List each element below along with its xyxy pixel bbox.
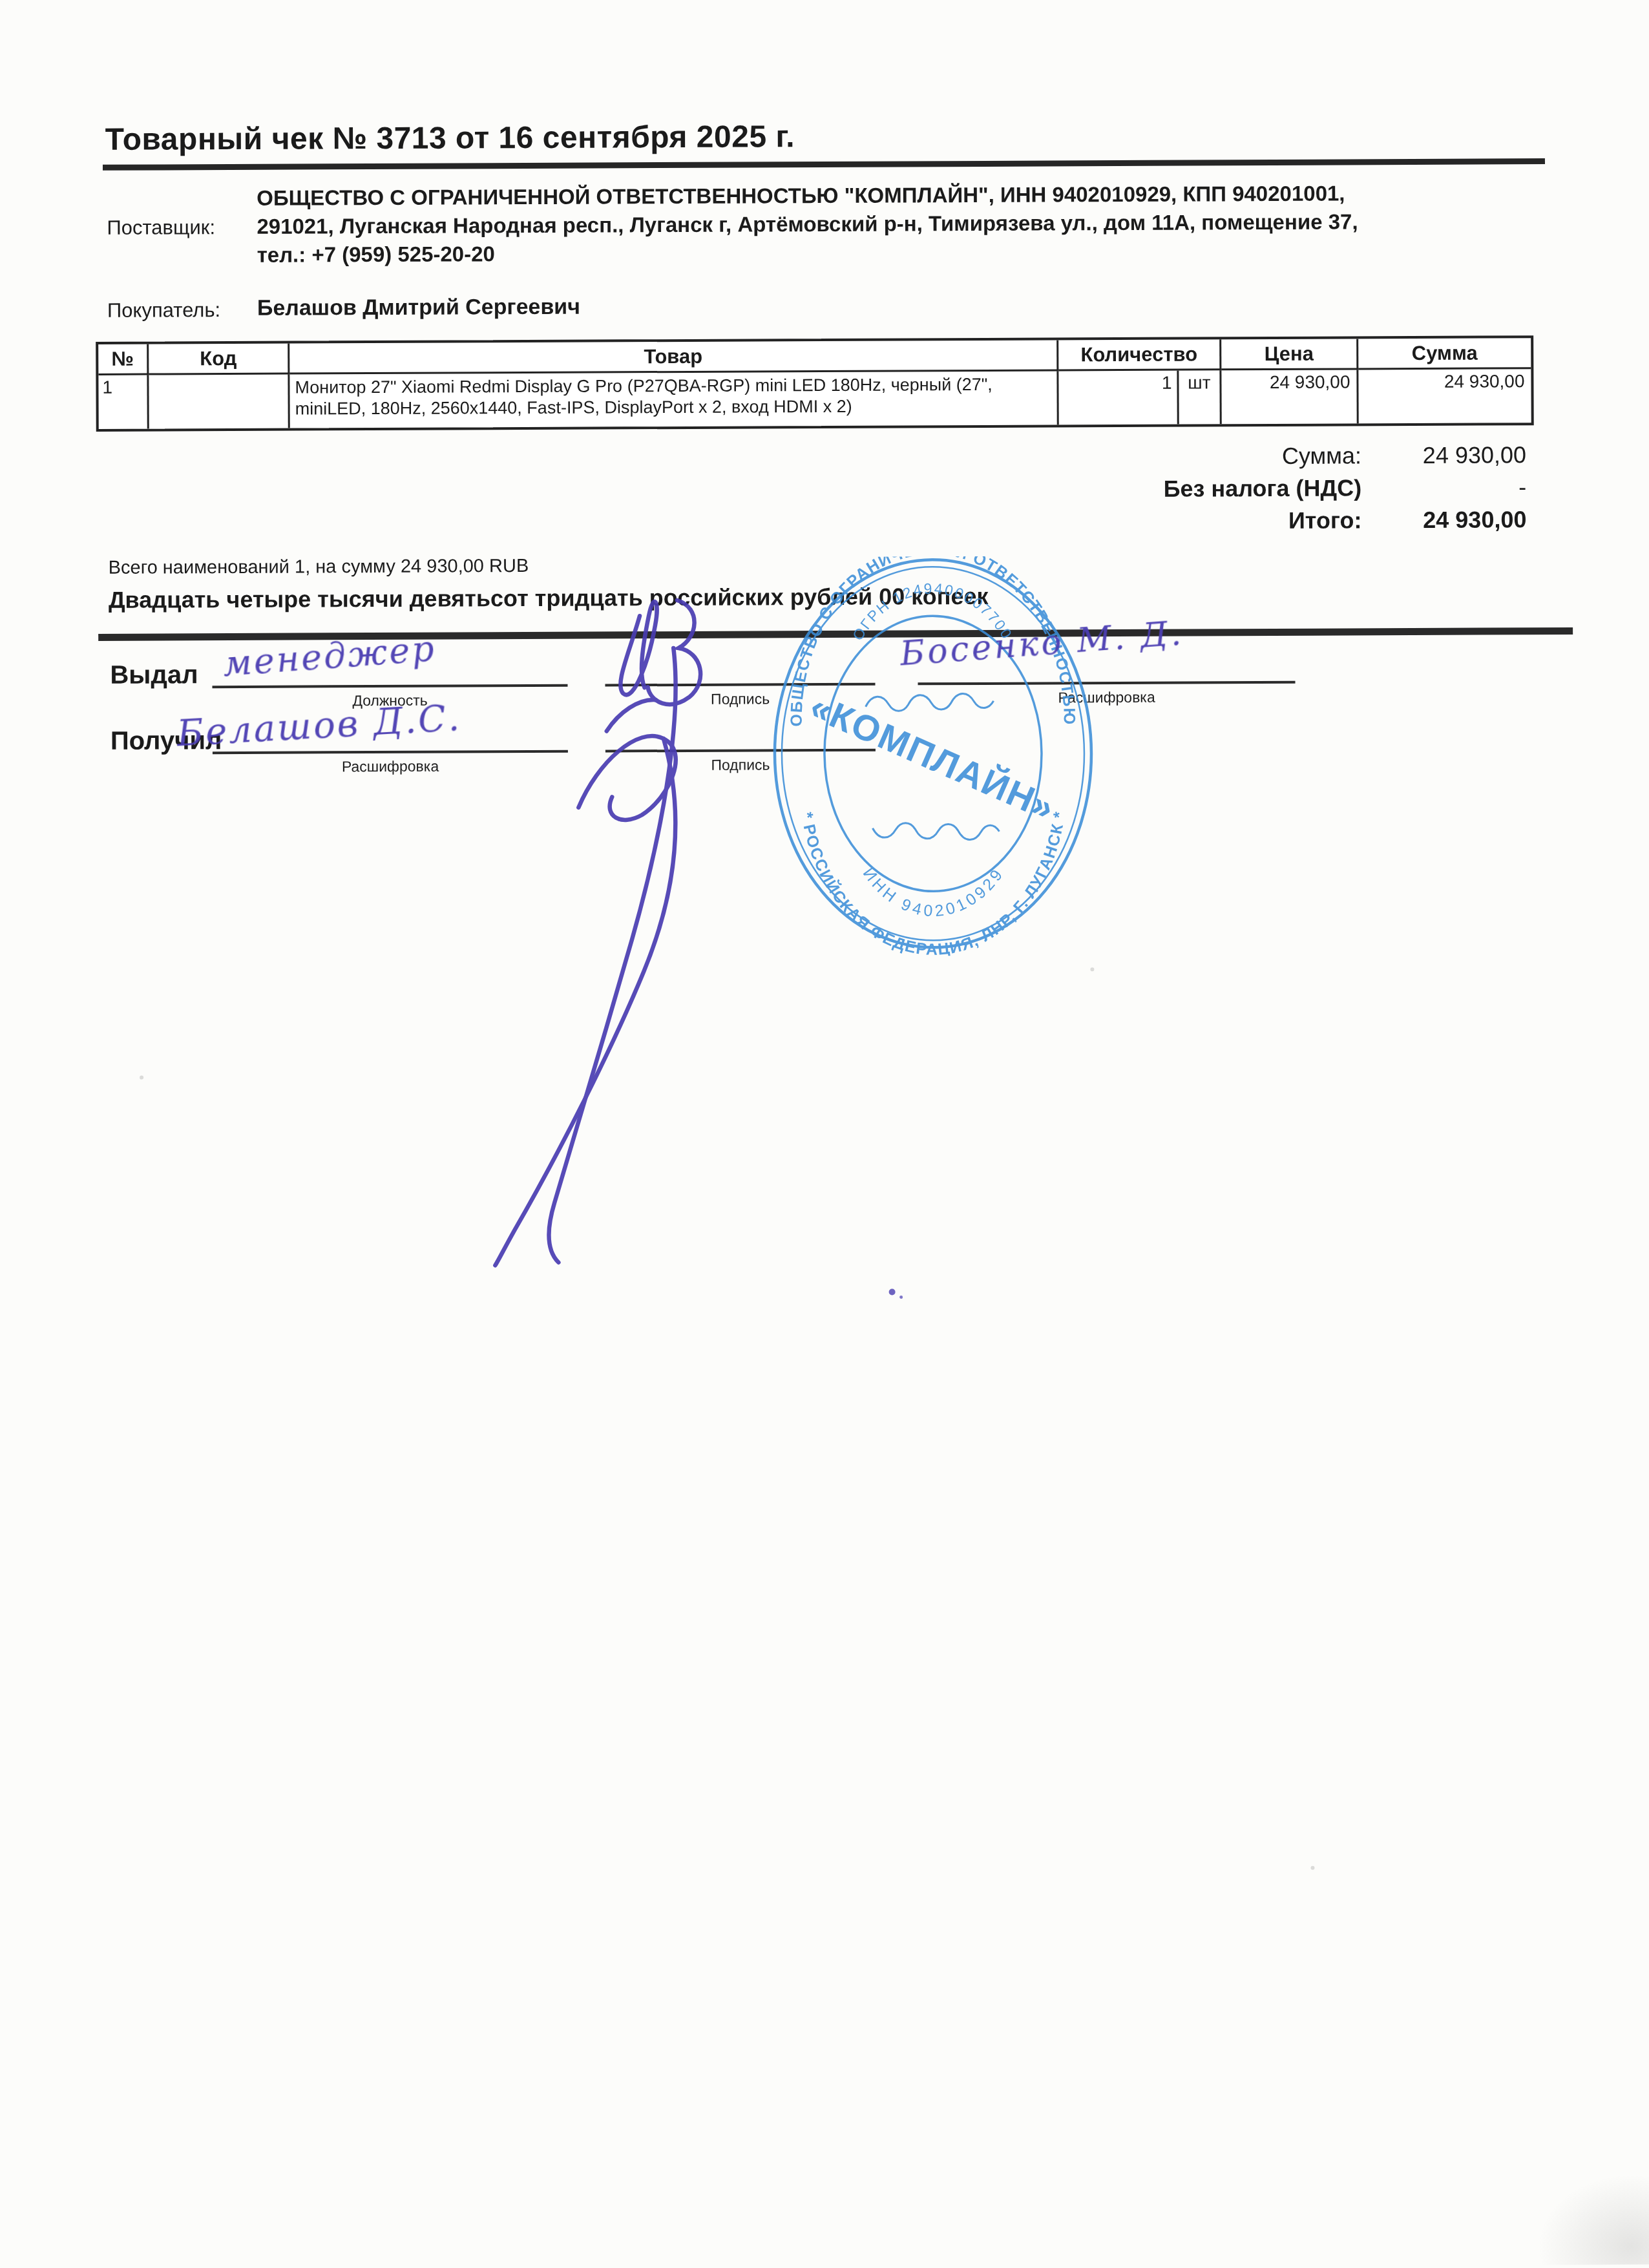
scan-corner-smudge [1537, 2174, 1649, 2265]
ink-speck [889, 1288, 903, 1299]
title-divider [103, 158, 1545, 171]
supplier-value-line1: ОБЩЕСТВО С ОГРАНИЧЕННОЙ ОТВЕТСТВЕННОСТЬЮ… [257, 181, 1345, 210]
items-count-line: Всего наименований 1, на сумму 24 930,00… [109, 556, 529, 579]
col-header-price: Цена [1221, 339, 1358, 370]
row-unit: шт [1179, 370, 1221, 424]
col-header-qty: Количество [1058, 339, 1221, 371]
stamp-outer-bottom-text: * РОССИЙСКАЯ ФЕДЕРАЦИЯ, ЛНР, Г. ЛУГАНСК … [798, 810, 1069, 956]
supplier-value-line2: 291021, Луганская Народная респ., Луганс… [257, 209, 1358, 238]
col-header-item: Товар [289, 340, 1058, 374]
stamp-ogrn-text: ОГРН 1249400007700 [849, 580, 1016, 644]
issuer-signature-tail [547, 648, 678, 1263]
stamp-ornament-top [866, 693, 994, 711]
position-caption: Должность [213, 691, 568, 710]
buyer-label: Покупатель: [107, 299, 220, 322]
page-title: Товарный чек № 3713 от 16 сентября 2025 … [105, 119, 795, 158]
row-code [149, 375, 289, 429]
company-stamp: ОБЩЕСТВО С ОГРАНИЧЕННОЙ ОТВЕТСТВЕННОСТЬЮ… [771, 556, 1097, 956]
issued-position-line [212, 684, 567, 688]
vat-value: - [1357, 474, 1526, 501]
row-price: 24 930,00 [1221, 370, 1358, 424]
receipt-page: Товарный чек № 3713 от 16 сентября 2025 … [0, 0, 1649, 2268]
stamp-ornament-bottom [872, 823, 999, 840]
received-by-label: Получил [110, 726, 222, 756]
items-table: № Код Товар Количество Цена Сумма 1 Мони… [96, 335, 1534, 432]
issuer-signature-stroke [620, 602, 657, 695]
receiver-signature-stroke [578, 736, 676, 820]
row-num: 1 [98, 375, 149, 429]
receiver-signature-tail [493, 739, 678, 1265]
scan-dust [139, 967, 1314, 1875]
col-header-code: Код [149, 344, 289, 375]
row-qty: 1 [1058, 371, 1179, 425]
issued-by-label: Выдал [110, 660, 198, 690]
received-name-line [213, 750, 568, 754]
total-label: Итого: [896, 507, 1361, 536]
total-value: 24 930,00 [1357, 506, 1526, 534]
subtotal-label: Сумма: [896, 442, 1361, 471]
name-caption-2: Расшифровка [213, 757, 568, 776]
row-sum: 24 930,00 [1358, 369, 1531, 423]
supplier-value-line3: тел.: +7 (959) 525-20-20 [257, 242, 495, 268]
row-item: Монитор 27" Xiaomi Redmi Display G Pro (… [289, 371, 1058, 428]
issuer-signature-stroke-2 [647, 600, 700, 704]
col-header-num: № [98, 344, 149, 375]
buyer-value: Белашов Дмитрий Сергеевич [257, 295, 580, 321]
company-stamp-svg: ОБЩЕСТВО С ОГРАНИЧЕННОЙ ОТВЕТСТВЕННОСТЬЮ… [771, 556, 1097, 956]
stamp-center-text: «КОМПЛАЙН» [804, 686, 1062, 829]
supplier-label: Поставщик: [107, 216, 215, 240]
subtotal-value: 24 930,00 [1357, 441, 1526, 469]
vat-label: Без налога (НДС) [896, 474, 1361, 503]
col-header-sum: Сумма [1358, 338, 1531, 370]
